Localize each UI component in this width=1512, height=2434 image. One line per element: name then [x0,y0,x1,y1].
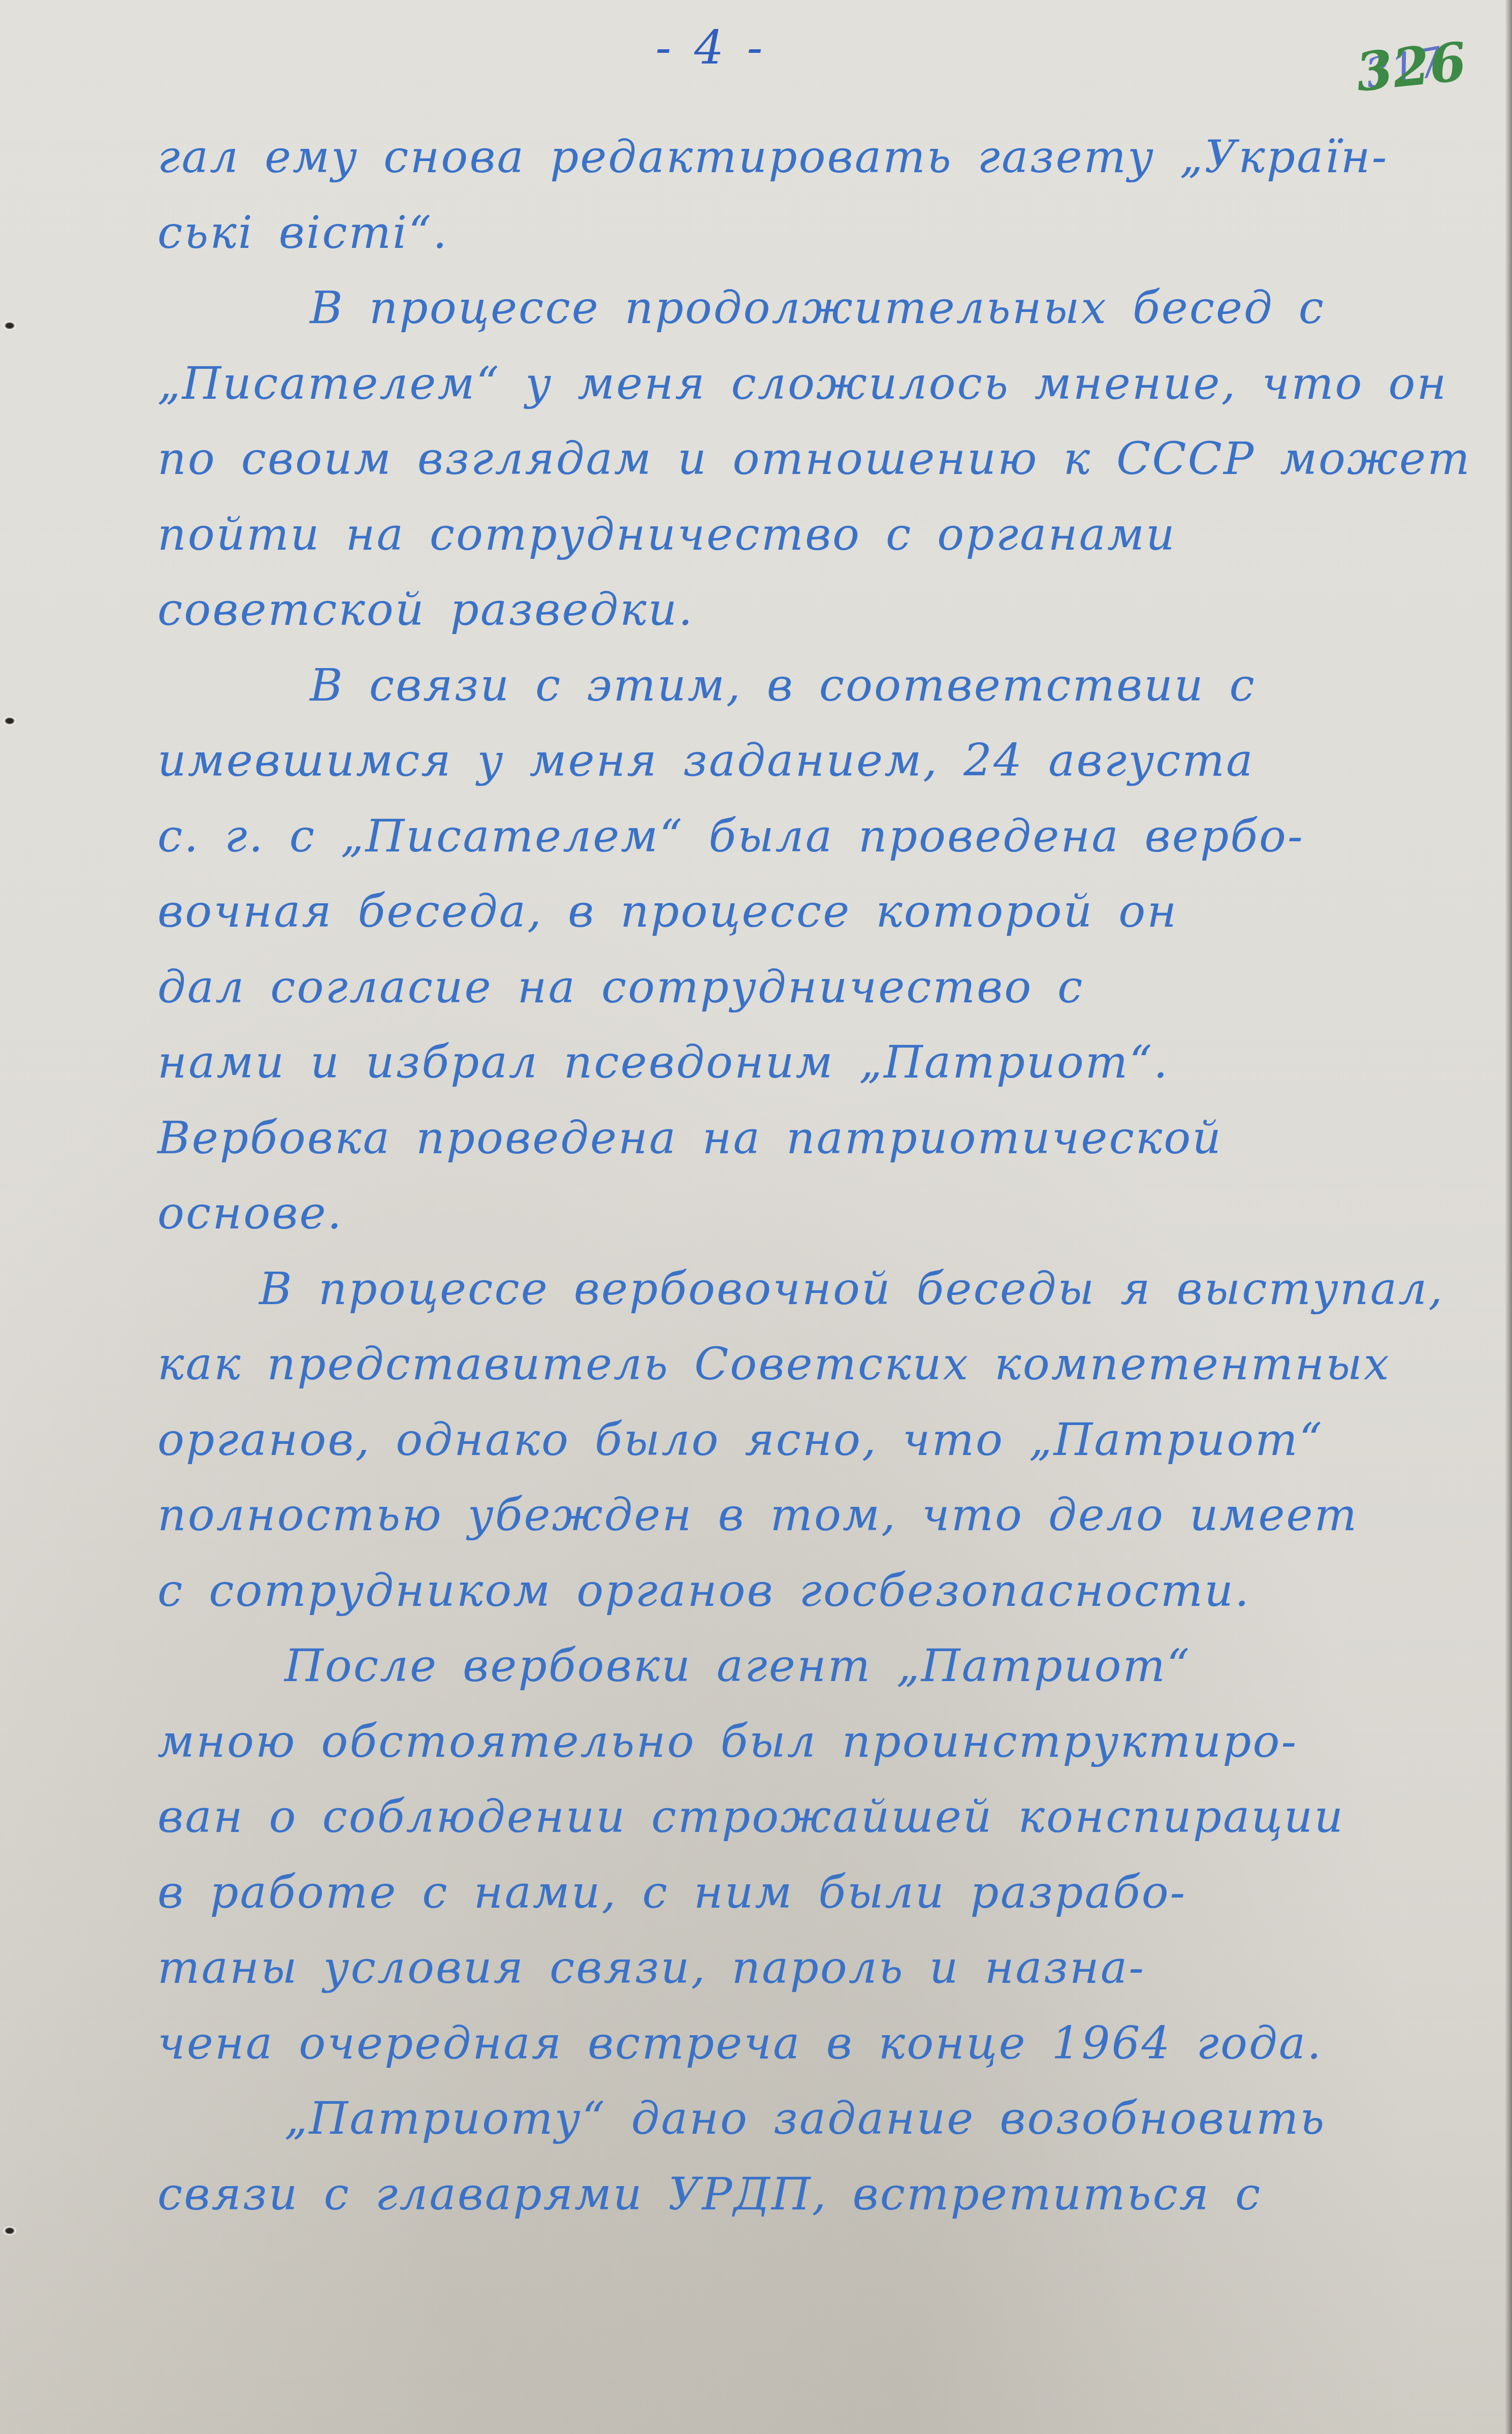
text-line: с сотрудником органов госбезопасности. [157,1553,1488,1629]
handwritten-text-body: гал ему снова редактировать газету „Укра… [157,119,1488,2232]
text-line: по своим взглядам и отношению к СССР мож… [157,421,1488,497]
binding-hole [3,716,16,725]
binding-hole [3,2226,16,2235]
text-line: советской разведки. [157,572,1488,648]
document-page: - 4 - 317 326 гал ему снова редактироват… [0,0,1512,2434]
text-line: „Писателем“ у меня сложилось мнение, что… [157,346,1488,422]
text-line: таны условия связи, пароль и назна- [157,1930,1488,2006]
paragraph-start-line: Вербовка проведена на патриотической [157,1100,1488,1176]
paragraph-start-line: В связи с этим, в соответствии с [157,648,1488,723]
text-line: полностью убежден в том, что дело имеет [157,1477,1488,1553]
archive-folio-number: 317 326 [1356,41,1463,102]
text-line: вочная беседа, в процессе которой он [157,874,1488,950]
text-line: с. г. с „Писателем“ была проведена вербо… [157,799,1488,874]
text-line: пойти на сотрудничество с органами [157,497,1488,573]
text-line: гал ему снова редактировать газету „Укра… [157,119,1488,195]
paragraph-start-line: В процессе вербовочной беседы я выступал… [157,1251,1488,1327]
text-line: основе. [157,1176,1488,1251]
text-line: дал согласие на сотрудничество с [157,950,1488,1025]
text-line: органов, однако было ясно, что „Патриот“ [157,1402,1488,1478]
text-line: имевшимся у меня заданием, 24 августа [157,723,1488,799]
paragraph-start-line: В процессе продолжительных бесед с [157,270,1488,346]
binding-hole [3,321,16,330]
text-line: как представитель Советских компетентных [157,1326,1488,1402]
paragraph-start-line: „Патриоту“ дано задание возобновить [157,2081,1488,2157]
paragraph-start-line: После вербовки агент „Патриот“ [157,1628,1488,1704]
text-line: ван о соблюдении строжайшей конспирации [157,1779,1488,1855]
page-number: - 4 - [655,20,767,75]
folio-number-green: 326 [1354,35,1469,99]
text-line: ські вісті“. [157,195,1488,271]
text-line: мною обстоятельно был проинструктиро- [157,1704,1488,1780]
text-line: связи с главарями УРДП, встретиться с [157,2157,1488,2232]
text-line: чена очередная встреча в конце 1964 года… [157,2006,1488,2081]
page-edge-shadow [1505,0,1512,2434]
text-line: в работе с нами, с ним были разрабо- [157,1855,1488,1931]
text-line: нами и избрал псевдоним „Патриот“. [157,1025,1488,1100]
